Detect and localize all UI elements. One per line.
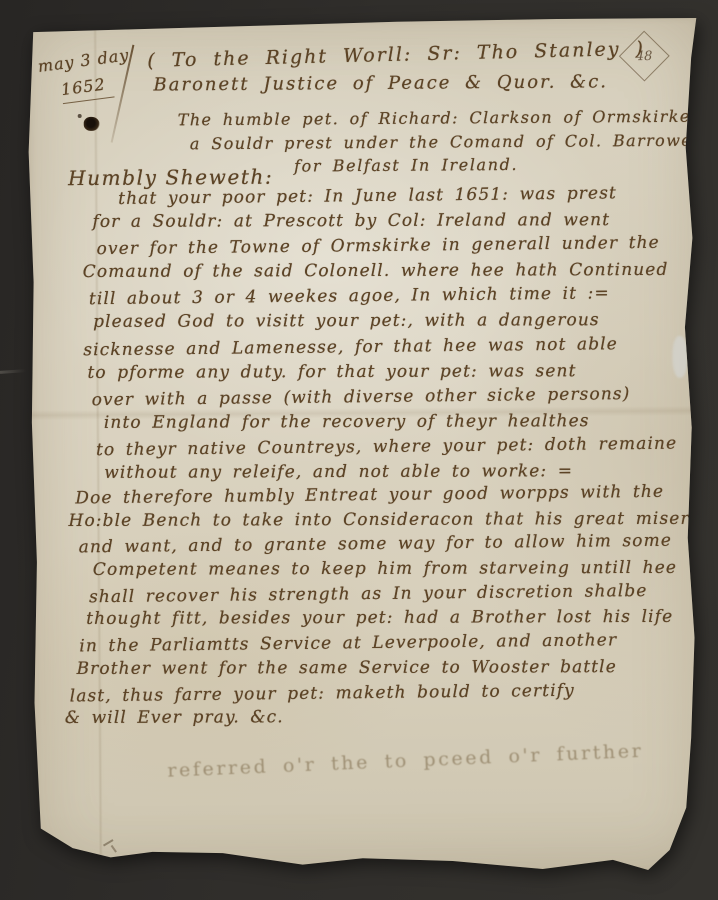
pencil-mark [111, 845, 117, 853]
ink-blot [84, 117, 100, 131]
body-line: & will Ever pray. &c. [65, 706, 702, 733]
faded-endorsement-line: referred o'r the to pceed o'r further [167, 740, 644, 782]
body-line: pleased God to visitt your pet:, with a … [93, 310, 676, 337]
date-annotation-year: 1652 [60, 71, 115, 104]
petition-title-line-1: The humble pet. of Richard: Clarkson of … [178, 107, 691, 130]
address-line-2: Baronett Justice of Peace & Quor. &c. [153, 71, 608, 95]
petition-body-paragraph-1: that your poor pet: In June last 1651: w… [26, 184, 677, 490]
date-annotation-line1: may 3 day [37, 45, 131, 76]
photograph-of-manuscript: may 3 day 1652 48 ( To the Right Worll: … [0, 0, 718, 900]
address-line-1: ( To the Right Worll: Sr: Tho Stanley ) [147, 38, 645, 72]
ink-speck [78, 114, 82, 118]
petition-title-line-2: a Souldr prest under the Comand of Col. … [190, 131, 702, 154]
paper-shadow-wrap: may 3 day 1652 48 ( To the Right Worll: … [0, 0, 718, 900]
petition-title-line-3: for Belfast In Ireland. [294, 155, 518, 176]
petition-body-paragraph-2: Doe therefore humbly Entreat your good w… [28, 483, 702, 735]
body-line: sicknesse and Lamenesse, for that hee wa… [83, 333, 676, 365]
manuscript-paper: may 3 day 1652 48 ( To the Right Worll: … [25, 14, 707, 881]
